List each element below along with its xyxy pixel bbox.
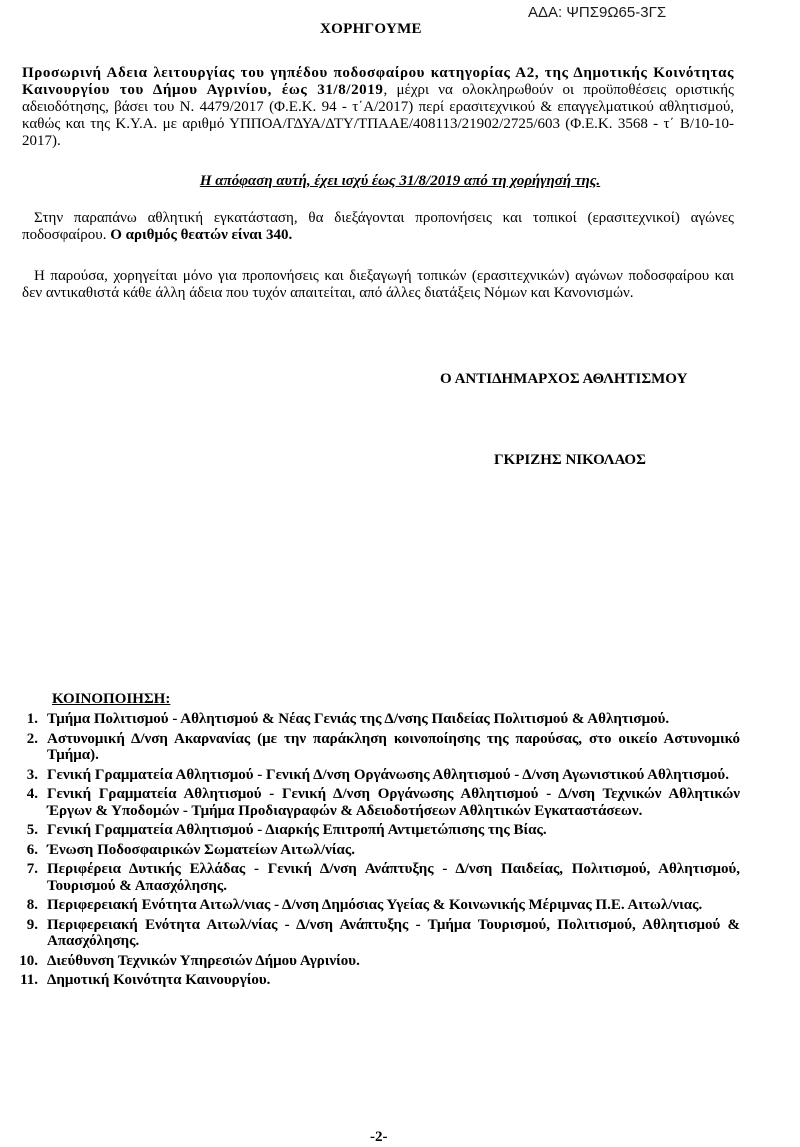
distribution-item-number: 5. xyxy=(0,822,38,839)
distribution-item: 7.Περιφέρεια Δυτικής Ελλάδας - Γενική Δ/… xyxy=(0,861,740,894)
distribution-item: 11.Δημοτική Κοινότητα Καινουργίου. xyxy=(0,972,740,989)
distribution-list: 1.Τμήμα Πολιτισμού - Αθλητισμού & Νέας Γ… xyxy=(0,711,740,992)
scope-paragraph: Η παρούσα, χορηγείται μόνο για προπονήσε… xyxy=(22,268,734,302)
distribution-item-text: Αστυνομική Δ/νση Ακαρνανίας (με την παρά… xyxy=(47,731,740,764)
distribution-item: 10.Διεύθυνση Τεχνικών Υπηρεσιών Δήμου Αγ… xyxy=(0,953,740,970)
page-number: -2- xyxy=(370,1129,388,1146)
distribution-item-text: Γενική Γραμματεία Αθλητισμού - Γενική Δ/… xyxy=(47,767,740,784)
distribution-item: 9.Περιφερειακή Ενότητα Αιτωλ/νίας - Δ/νσ… xyxy=(0,917,740,950)
distribution-item-number: 2. xyxy=(0,731,38,748)
distribution-item: 1.Τμήμα Πολιτισμού - Αθλητισμού & Νέας Γ… xyxy=(0,711,740,728)
distribution-item: 5.Γενική Γραμματεία Αθλητισμού - Διαρκής… xyxy=(0,822,740,839)
usage-paragraph: Στην παραπάνω αθλητική εγκατάσταση, θα δ… xyxy=(22,210,734,244)
distribution-item: 6.Ένωση Ποδοσφαιρικών Σωματείων Αιτωλ/νί… xyxy=(0,842,740,859)
document-heading: ΧΟΡΗΓΟΥΜΕ xyxy=(320,21,422,38)
distribution-item: 3.Γενική Γραμματεία Αθλητισμού - Γενική … xyxy=(0,767,740,784)
ada-code: ΑΔΑ: ΨΠΣ9Ω65-3ΓΣ xyxy=(528,4,666,21)
distribution-item-text: Περιφερειακή Ενότητα Αιτωλ/νιας - Δ/νση … xyxy=(47,897,740,914)
distribution-item: 8.Περιφερειακή Ενότητα Αιτωλ/νιας - Δ/νσ… xyxy=(0,897,740,914)
distribution-item: 2.Αστυνομική Δ/νση Ακαρνανίας (με την πα… xyxy=(0,731,740,764)
distribution-item-number: 9. xyxy=(0,917,38,934)
distribution-item-number: 11. xyxy=(0,972,38,989)
signer-title: Ο ΑΝΤΙΔΗΜΑΡΧΟΣ ΑΘΛΗΤΙΣΜΟΥ xyxy=(440,371,687,388)
distribution-item-text: Ένωση Ποδοσφαιρικών Σωματείων Αιτωλ/νίας… xyxy=(47,842,740,859)
distribution-item-text: Τμήμα Πολιτισμού - Αθλητισμού & Νέας Γεν… xyxy=(47,711,740,728)
distribution-item-number: 7. xyxy=(0,861,38,878)
distribution-item-number: 4. xyxy=(0,786,38,803)
spectator-capacity: Ο αριθμός θεατών είναι 340. xyxy=(110,227,292,243)
distribution-item-text: Δημοτική Κοινότητα Καινουργίου. xyxy=(47,972,740,989)
distribution-item-text: Περιφέρεια Δυτικής Ελλάδας - Γενική Δ/νσ… xyxy=(47,861,740,894)
distribution-item-number: 8. xyxy=(0,897,38,914)
distribution-item-number: 10. xyxy=(0,953,38,970)
distribution-item: 4.Γενική Γραμματεία Αθλητισμού - Γενική … xyxy=(0,786,740,819)
distribution-item-number: 1. xyxy=(0,711,38,728)
signer-name: ΓΚΡΙΖΗΣ ΝΙΚΟΛΑΟΣ xyxy=(494,452,646,469)
distribution-title: ΚΟΙΝΟΠΟΙΗΣΗ: xyxy=(52,691,170,708)
distribution-item-text: Περιφερειακή Ενότητα Αιτωλ/νίας - Δ/νση … xyxy=(47,917,740,950)
distribution-item-text: Γενική Γραμματεία Αθλητισμού - Διαρκής Ε… xyxy=(47,822,740,839)
distribution-item-text: Γενική Γραμματεία Αθλητισμού - Γενική Δ/… xyxy=(47,786,740,819)
license-paragraph: Προσωρινή Αδεια λειτουργίας του γηπέδου … xyxy=(22,65,734,150)
distribution-item-number: 3. xyxy=(0,767,38,784)
distribution-item-number: 6. xyxy=(0,842,38,859)
validity-statement: Η απόφαση αυτή, έχει ισχύ έως 31/8/2019 … xyxy=(0,173,800,190)
distribution-item-text: Διεύθυνση Τεχνικών Υπηρεσιών Δήμου Αγριν… xyxy=(47,953,740,970)
